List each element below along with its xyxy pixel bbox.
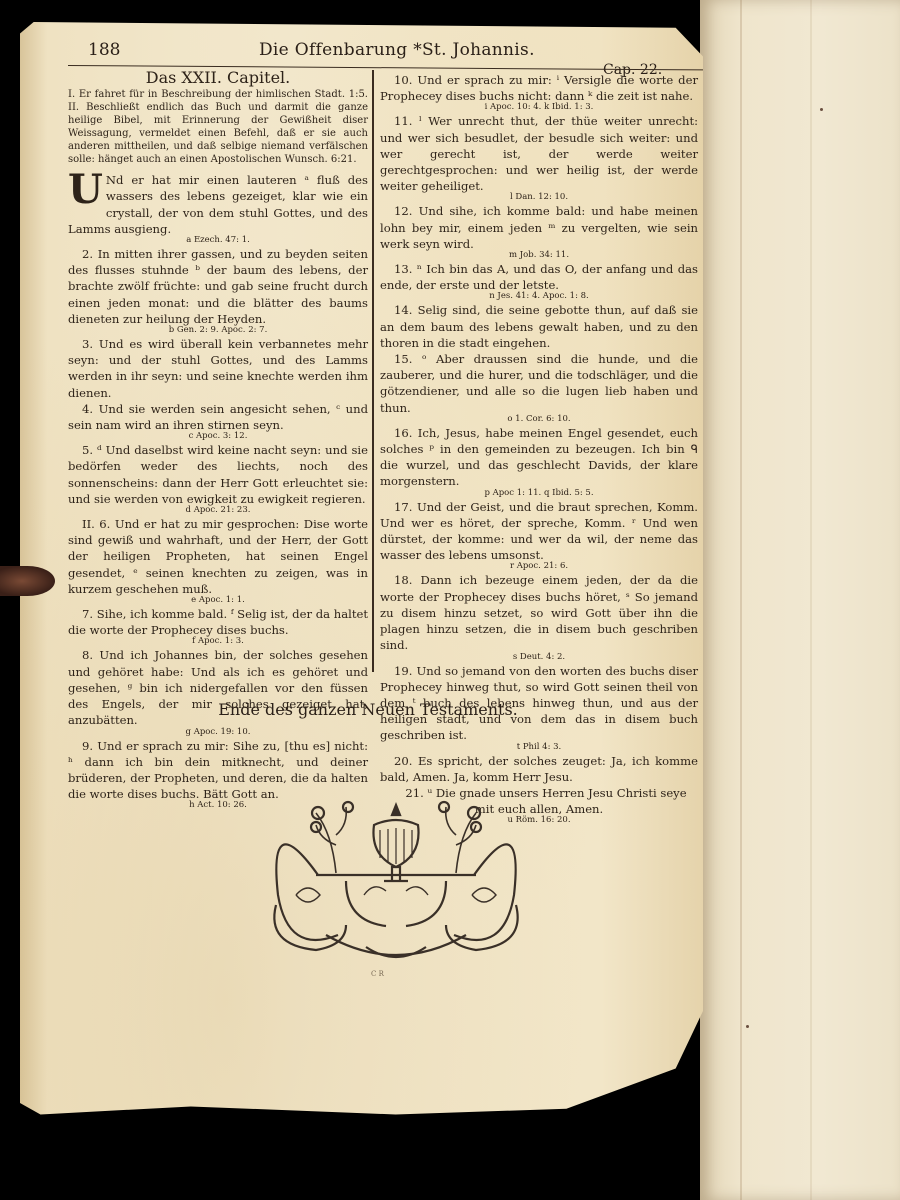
- verse: 11. ˡ Wer unrecht thut, der thüe weiter …: [380, 113, 698, 194]
- verse: 18. Dann ich bezeuge einem jeden, der da…: [380, 572, 698, 653]
- verse: II. 6. Und er hat zu mir gesprochen: Dis…: [68, 516, 368, 597]
- verse: UNd er hat mir einen lauteren ᵃ fluß des…: [68, 172, 368, 237]
- verse-number: 14.: [394, 303, 412, 317]
- facing-page: [700, 0, 900, 1200]
- book-clasp: [0, 566, 55, 596]
- verse: 7. Sihe, ich komme bald. ᶠ Selig ist, de…: [68, 606, 368, 638]
- verse-number: 12.: [394, 204, 412, 218]
- verse-text: ᵒ Aber draussen sind die hunde, und die …: [380, 352, 698, 415]
- verse-number: 8.: [82, 648, 93, 662]
- verse-text: Und er sprach zu mir: ⁱ Versigle die wor…: [380, 73, 698, 103]
- verse-number: 17.: [394, 500, 412, 514]
- verse: 12. Und sihe, ich komme bald: und habe m…: [380, 203, 698, 252]
- verse: 3. Und es wird überall kein verbannetes …: [68, 336, 368, 401]
- drop-cap: U: [68, 173, 103, 207]
- verse-number: 5.: [82, 443, 93, 457]
- running-title: Die Offenbarung *St. Johannis.: [259, 40, 535, 60]
- verse-number: 4.: [82, 402, 93, 416]
- finis-line: Ende des ganzen Neuen Testaments.: [68, 700, 668, 719]
- verse-number: 3.: [82, 337, 93, 351]
- verse: 5. ᵈ Und daselbst wird keine nacht seyn:…: [68, 442, 368, 507]
- verse: 14. Selig sind, die seine gebotte thun, …: [380, 302, 698, 351]
- verse-text: ˡ Wer unrecht thut, der thüe weiter unre…: [380, 114, 698, 193]
- running-head: 188 Die Offenbarung *St. Johannis. Cap. …: [68, 40, 668, 66]
- verse-number: 13.: [394, 262, 412, 276]
- verse-text: Und sihe, ich komme bald: und habe meine…: [380, 204, 698, 250]
- verse-number: 19.: [394, 664, 412, 678]
- verse-text: Und es wird überall kein verbannetes meh…: [68, 337, 368, 400]
- page-crease: [810, 0, 812, 1200]
- verse-number: 20.: [394, 754, 412, 768]
- verse-text: Nd er hat mir einen lauteren ᵃ fluß des …: [68, 173, 368, 236]
- verse-text: Dann ich bezeuge einem jeden, der da die…: [380, 573, 698, 652]
- verse-text: Und er hat zu mir gesprochen: Dise worte…: [68, 517, 368, 596]
- page-crease: [740, 0, 742, 1200]
- verse-number: 15.: [394, 352, 412, 366]
- verse-number: II. 6.: [82, 517, 110, 531]
- chapter-heading: Das XXII. Capitel.: [68, 70, 368, 86]
- verse: 15. ᵒ Aber draussen sind die hunde, und …: [380, 351, 698, 416]
- verse-text: Sihe, ich komme bald. ᶠ Selig ist, der d…: [68, 607, 368, 637]
- verse: 4. Und sie werden sein angesicht sehen, …: [68, 401, 368, 433]
- verse-text: Und der Geist, und die braut sprechen, K…: [380, 500, 698, 563]
- verse-number: 2.: [82, 247, 93, 261]
- verse-number: 7.: [82, 607, 93, 621]
- verse: 10. Und er sprach zu mir: ⁱ Versigle die…: [380, 72, 698, 104]
- verse-number: 9.: [82, 739, 93, 753]
- page-number: 188: [88, 40, 120, 60]
- verse-text: Selig sind, die seine gebotte thun, auf …: [380, 303, 698, 349]
- cross-reference: o 1. Cor. 6: 10.: [380, 414, 698, 424]
- verse: 16. Ich, Jesus, habe meinen Engel gesend…: [380, 425, 698, 490]
- verse-number: 16.: [394, 426, 412, 440]
- ornament-mark: C R: [371, 970, 384, 978]
- verse-number: 11.: [394, 114, 412, 128]
- verse-text: ⁿ Ich bin das A, und das O, der anfang u…: [380, 262, 698, 292]
- tailpiece-ornament-icon: [256, 785, 536, 965]
- verse: 20. Es spricht, der solches zeuget: Ja, …: [380, 753, 698, 785]
- verse: 17. Und der Geist, und die braut spreche…: [380, 499, 698, 564]
- verse-number: 10.: [394, 73, 412, 87]
- column-divider: [372, 70, 374, 672]
- foxing-spot: [820, 108, 823, 111]
- foxing-spot: [746, 1025, 749, 1028]
- verse: 13. ⁿ Ich bin das A, und das O, der anfa…: [380, 261, 698, 293]
- verse-text: ᵈ Und daselbst wird keine nacht seyn: un…: [68, 443, 368, 506]
- verse-text: In mitten ihrer gassen, und zu beyden se…: [68, 247, 368, 326]
- cross-reference: s Deut. 4: 2.: [380, 652, 698, 662]
- book-page: 188 Die Offenbarung *St. Johannis. Cap. …: [20, 22, 703, 1172]
- verse-text: Und sie werden sein angesicht sehen, ᶜ u…: [68, 402, 368, 432]
- verse-number: 18.: [394, 573, 412, 587]
- verse: 2. In mitten ihrer gassen, und zu beyden…: [68, 246, 368, 327]
- chapter-summary: I. Er fahret für in Beschreibung der him…: [68, 88, 368, 166]
- verse-text: Es spricht, der solches zeuget: Ja, ich …: [380, 754, 698, 784]
- verse-text: Ich, Jesus, habe meinen Engel gesendet, …: [380, 426, 698, 489]
